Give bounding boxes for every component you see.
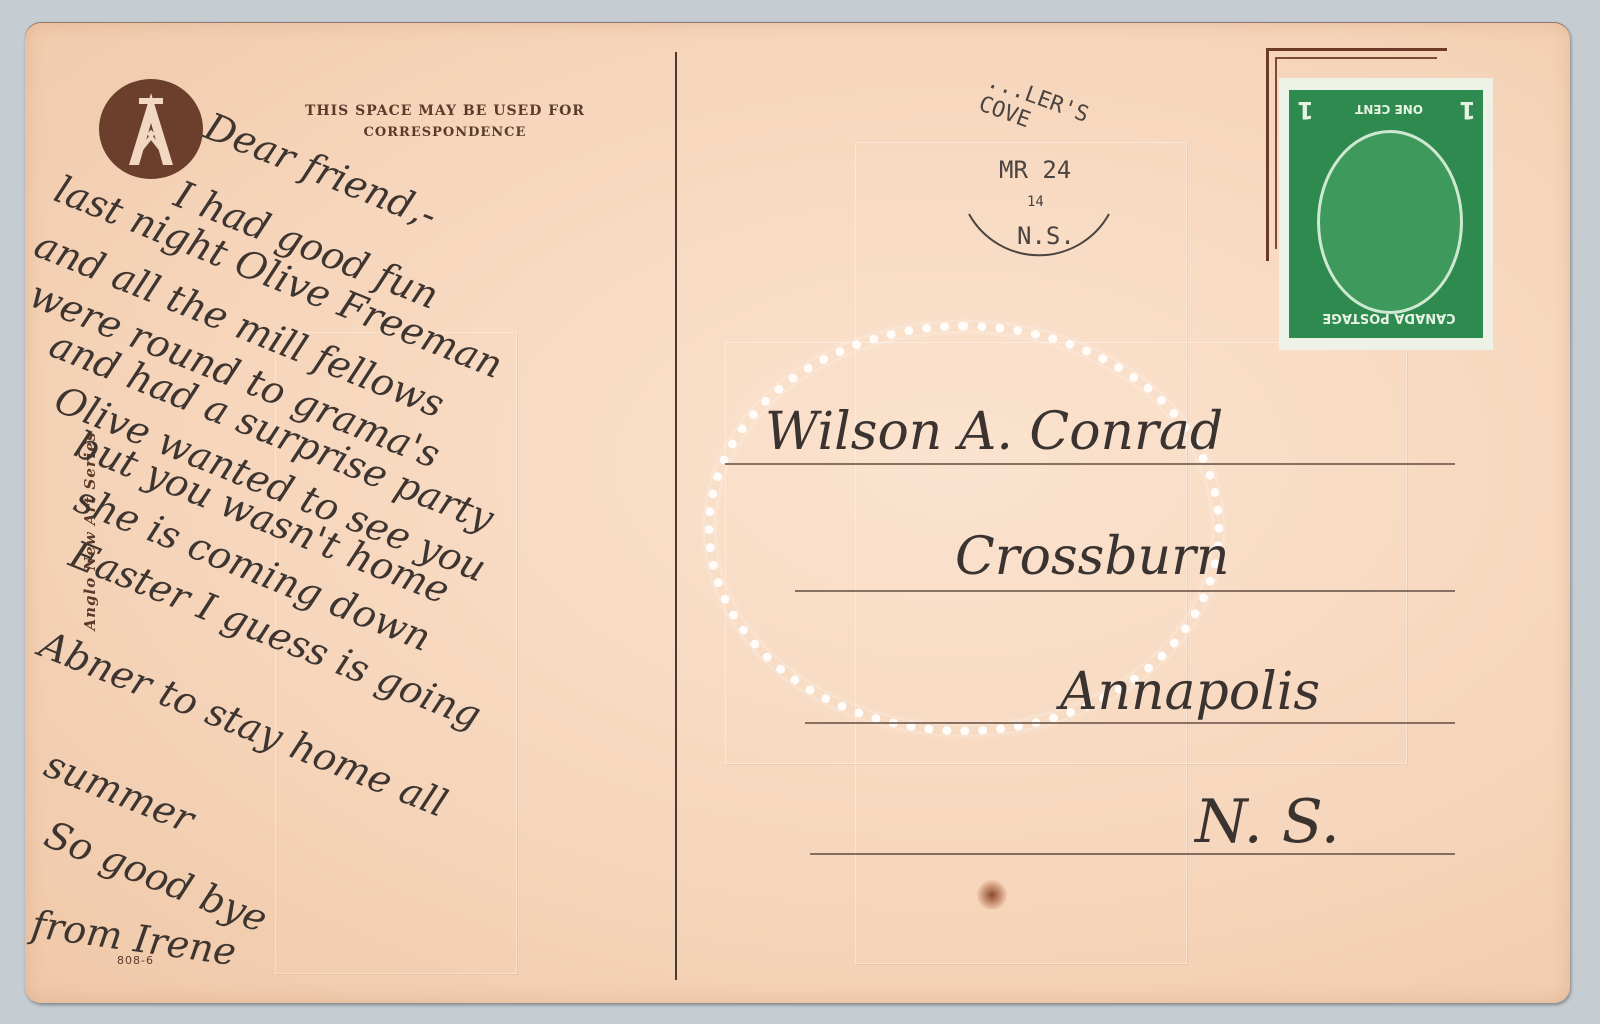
stamp-face: 1 1 ONE CENT CANADA POSTAGE — [1289, 90, 1483, 338]
header-line-2: CORRESPONDENCE — [275, 122, 615, 144]
center-divider — [675, 52, 677, 980]
king-george-v-portrait-icon — [1317, 130, 1463, 314]
address-province: N. S. — [1195, 787, 1340, 857]
stamp-country: CANADA POSTAGE — [1259, 310, 1519, 325]
address-line — [805, 722, 1455, 724]
address-line — [725, 463, 1455, 465]
correspondence-header: THIS SPACE MAY BE USED FOR CORRESPONDENC… — [275, 100, 615, 144]
ink-stain — [977, 880, 1007, 910]
address-name: Wilson A. Conrad — [765, 402, 1223, 462]
anglo-logo-icon — [99, 79, 203, 179]
address-town: Crossburn — [955, 527, 1229, 587]
postmark-province: N.S. — [1017, 222, 1075, 250]
address-line — [810, 853, 1455, 855]
stamp-value: 1 — [1459, 96, 1476, 124]
postmark: ...LER'S COVE MR 24 14 N.S. — [937, 62, 1141, 266]
postmark-date: MR 24 — [999, 156, 1071, 184]
header-line-1: THIS SPACE MAY BE USED FOR — [275, 100, 615, 122]
stamp-value: 1 — [1297, 96, 1314, 124]
address-line — [795, 590, 1455, 592]
address-county: Annapolis — [1060, 662, 1320, 722]
postmark-year: 14 — [1027, 194, 1044, 210]
postage-stamp: 1 1 ONE CENT CANADA POSTAGE — [1279, 78, 1493, 350]
stamp-denomination: ONE CENT — [1349, 102, 1429, 116]
postcard: THIS SPACE MAY BE USED FOR CORRESPONDENC… — [25, 22, 1570, 1003]
